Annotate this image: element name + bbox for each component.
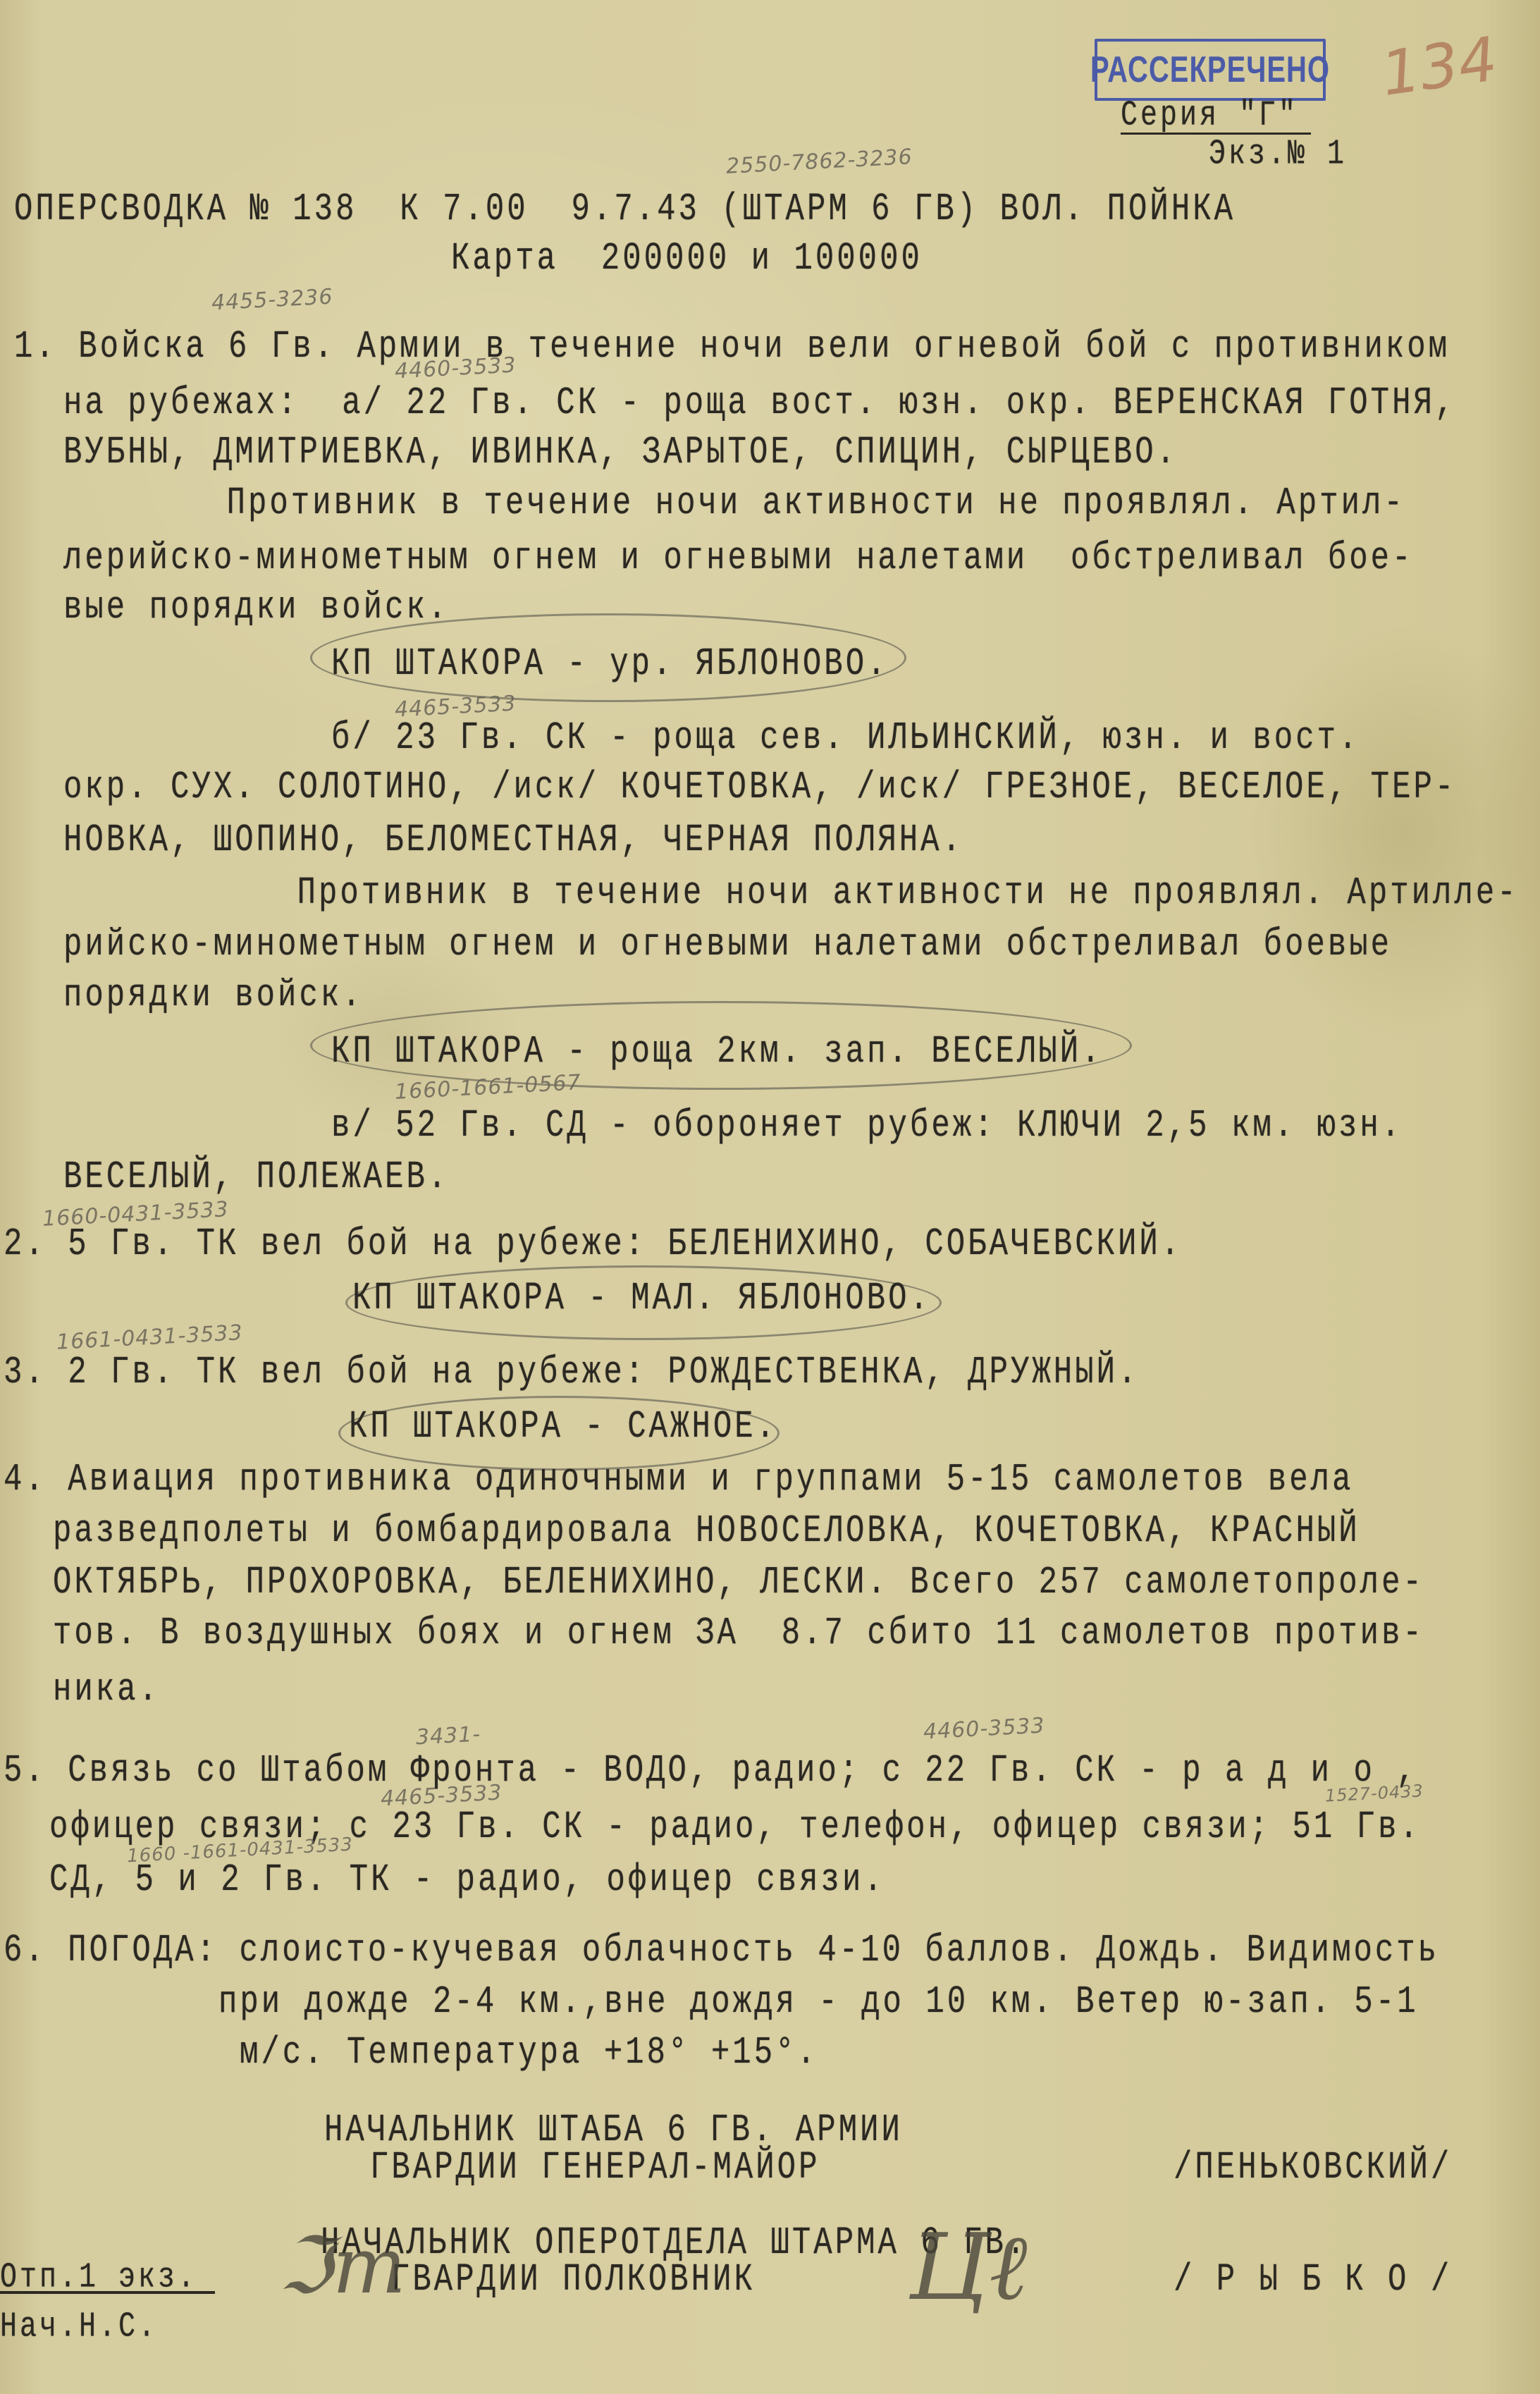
ops-chief-name: / Р Ы Б К О / xyxy=(1174,2261,1452,2300)
section5-line: 5. Связь со Штабом Фронта - ВОДО, радио;… xyxy=(4,1752,1418,1791)
enemy-line: рийско-минометным огнем и огневыми налет… xyxy=(63,926,1392,964)
section2-line: 2. 5 Гв. ТК вел бой на рубеже: БЕЛЕНИХИН… xyxy=(4,1225,1182,1264)
section6-line: м/с. Температура +18° +15°. xyxy=(240,2034,818,2073)
chief-of-staff-name: /ПЕНЬКОВСКИЙ/ xyxy=(1174,2149,1452,2187)
command-post-b: КП ШТАКОРА - роща 2км. зап. ВЕСЕЛЫЙ. xyxy=(331,1033,1103,1072)
pencil-annotation: 3431- xyxy=(415,1722,481,1750)
section4-line: ОКТЯБРЬ, ПРОХОРОВКА, БЕЛЕНИХИНО, ЛЕСКИ. … xyxy=(53,1564,1424,1602)
command-post-a: КП ШТАКОРА - ур. ЯБЛОНОВО. xyxy=(331,645,889,684)
section1c-line: в/ 52 Гв. СД - обороняет рубеж: КЛЮЧИ 2,… xyxy=(331,1107,1403,1146)
section1-line: Противник в течение ночи активности не п… xyxy=(141,484,1405,523)
copies-underline xyxy=(0,2291,215,2294)
command-post-2: КП ШТАКОРА - МАЛ. ЯБЛОНОВО. xyxy=(352,1279,931,1318)
map-reference: Карта 200000 и 100000 xyxy=(451,240,923,278)
section1c-line: ВЕСЕЛЫЙ, ПОЛЕЖАЕВ. xyxy=(63,1158,449,1197)
ops-chief-rank: ГВАРДИИ ПОЛКОВНИК xyxy=(391,2261,756,2300)
chief-of-staff-rank: ГВАРДИИ ГЕНЕРАЛ-МАЙОР xyxy=(370,2149,820,2187)
document-title: ОПЕРСВОДКА № 138 К 7.00 9.7.43 (ШТАРМ 6 … xyxy=(14,190,1236,229)
section1-line: лерийско-минометным огнем и огневыми нал… xyxy=(63,539,1413,578)
section4-line: разведполеты и бомбардировала НОВОСЕЛОВК… xyxy=(53,1512,1360,1551)
section1b-line: окр. СУХ. СОЛОТИНО, /иск/ КОЧЕТОВКА, /ис… xyxy=(63,768,1456,807)
handwritten-signature: ℑm xyxy=(278,2221,406,2311)
enemy-line: Противник в течение ночи активности не п… xyxy=(211,874,1519,913)
section5-line: СД, 5 и 2 Гв. ТК - радио, офицер связи. xyxy=(49,1861,885,1900)
section1-line: 1. Войска 6 Гв. Армии в течение ночи вел… xyxy=(14,328,1450,367)
section1-line: на рубежах: а/ 22 Гв. СК - роща вост. юз… xyxy=(63,384,1456,423)
copy-number: Экз.№ 1 xyxy=(1209,137,1347,173)
section6-line: 6. ПОГОДА: слоисто-кучевая облачность 4-… xyxy=(4,1932,1439,1970)
section4-line: ника. xyxy=(53,1671,160,1709)
declassified-stamp: РАССЕКРЕЧЕНО xyxy=(1095,39,1326,101)
series-label: Серия "Г" xyxy=(1121,99,1298,134)
section1-line: ВУБНЫ, ДМИТРИЕВКА, ИВИНКА, ЗАРЫТОЕ, СПИЦ… xyxy=(63,434,1178,472)
section1b-line: НОВКА, ШОПИНО, БЕЛОМЕСТНАЯ, ЧЕРНАЯ ПОЛЯН… xyxy=(63,821,963,860)
enemy-line: порядки войск. xyxy=(63,976,364,1015)
section1b-line: б/ 23 Гв. СК - роща сев. ИЛЬИНСКИЙ, юзн.… xyxy=(331,719,1360,758)
recipient-note: Нач.Н.С. xyxy=(0,2310,158,2345)
section3-line: 3. 2 Гв. ТК вел бой на рубеже: РОЖДЕСТВЕ… xyxy=(4,1353,1139,1392)
section4-line: тов. В воздушных боях и огнем ЗА 8.7 сби… xyxy=(53,1614,1424,1653)
handwritten-signature: Цℓ xyxy=(909,2214,1028,2321)
section1-line: вые порядки войск. xyxy=(63,589,449,627)
chief-of-staff-title: НАЧАЛЬНИК ШТАБА 6 ГВ. АРМИИ xyxy=(324,2111,903,2150)
section6-line: при дожде 2-4 км.,вне дождя - до 10 км. … xyxy=(218,1983,1419,2022)
stamp-label: РАССЕКРЕЧЕНО xyxy=(1090,49,1330,91)
command-post-3: КП ШТАКОРА - САЖНОЕ. xyxy=(349,1408,777,1447)
section4-line: 4. Авиация противника одиночными и групп… xyxy=(4,1461,1353,1499)
